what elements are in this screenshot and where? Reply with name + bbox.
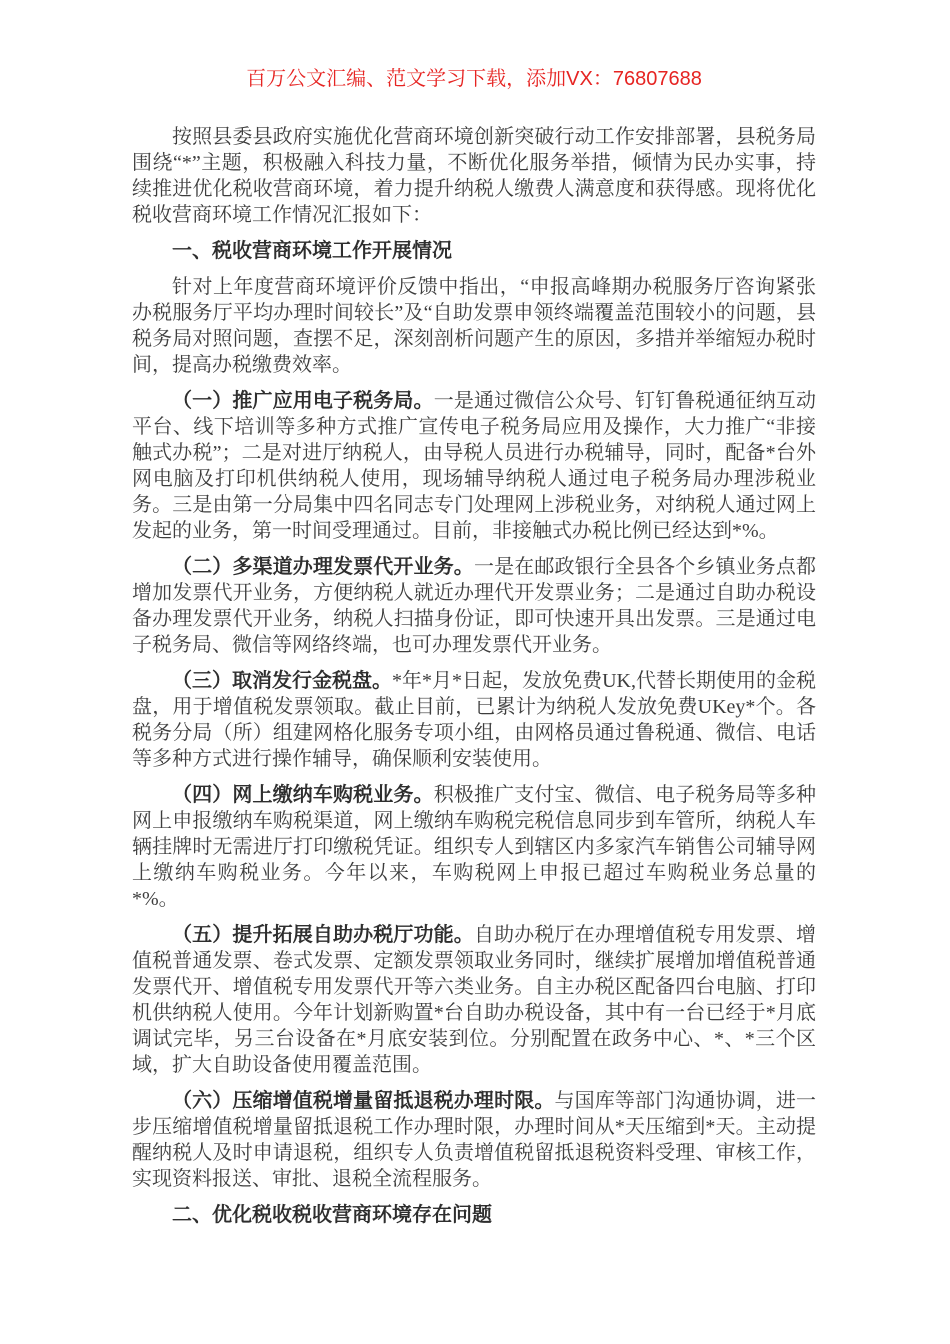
paragraph-item-1: （一）推广应用电子税务局。一是通过微信公众号、钉钉鲁税通征纳互动平台、线下培训等…	[132, 388, 816, 544]
paragraph-item-4: （四）网上缴纳车购税业务。积极推广支付宝、微信、电子税务局等多种网上申报缴纳车购…	[132, 782, 816, 912]
promo-banner: 百万公文汇编、范文学习下载，添加VX：76807688	[132, 64, 816, 94]
paragraph-text: 按照县委县政府实施优化营商环境创新突破行动工作安排部署，县税务局围绕“*”主题，…	[132, 126, 816, 226]
paragraph-lead: （五）提升拓展自助办税厅功能。	[172, 924, 474, 946]
paragraph-item-6: （六）压缩增值税增量留抵退税办理时限。与国库等部门沟通协调，进一步压缩增值税增量…	[132, 1088, 816, 1192]
paragraph-text: 针对上年度营商环境评价反馈中指出，“申报高峰期办税服务厅咨询紧张办税服务厅平均办…	[132, 276, 816, 376]
paragraph-intro: 按照县委县政府实施优化营商环境创新突破行动工作安排部署，县税务局围绕“*”主题，…	[132, 124, 816, 228]
paragraph-item-2: （二）多渠道办理发票代开业务。一是在邮政银行全县各个乡镇业务点都增加发票代开业务…	[132, 554, 816, 658]
paragraph-item-3: （三）取消发行金税盘。*年*月*日起，发放免费UK,代替长期使用的金税盘，用于增…	[132, 668, 816, 772]
paragraph-text: 一是通过微信公众号、钉钉鲁税通征纳互动平台、线下培训等多种方式推广宣传电子税务局…	[132, 390, 816, 542]
paragraph-item-5: （五）提升拓展自助办税厅功能。自助办税厅在办理增值税专用发票、增值税普通发票、卷…	[132, 922, 816, 1078]
section-heading-2: 二、优化税收税收营商环境存在问题	[132, 1202, 816, 1228]
paragraph-feedback: 针对上年度营商环境评价反馈中指出，“申报高峰期办税服务厅咨询紧张办税服务厅平均办…	[132, 274, 816, 378]
document-page: 百万公文汇编、范文学习下载，添加VX：76807688 按照县委县政府实施优化营…	[0, 0, 950, 1344]
paragraph-lead: （四）网上缴纳车购税业务。	[172, 784, 434, 806]
paragraph-lead: （三）取消发行金税盘。	[172, 670, 392, 692]
paragraph-text: 自助办税厅在办理增值税专用发票、增值税普通发票、卷式发票、定额发票领取业务同时，…	[132, 924, 816, 1076]
section-heading-1: 一、税收营商环境工作开展情况	[132, 238, 816, 264]
document-body: 按照县委县政府实施优化营商环境创新突破行动工作安排部署，县税务局围绕“*”主题，…	[132, 124, 816, 1228]
paragraph-lead: （一）推广应用电子税务局。	[172, 390, 434, 412]
paragraph-lead: （六）压缩增值税增量留抵退税办理时限。	[172, 1090, 554, 1112]
paragraph-lead: （二）多渠道办理发票代开业务。	[172, 556, 474, 578]
